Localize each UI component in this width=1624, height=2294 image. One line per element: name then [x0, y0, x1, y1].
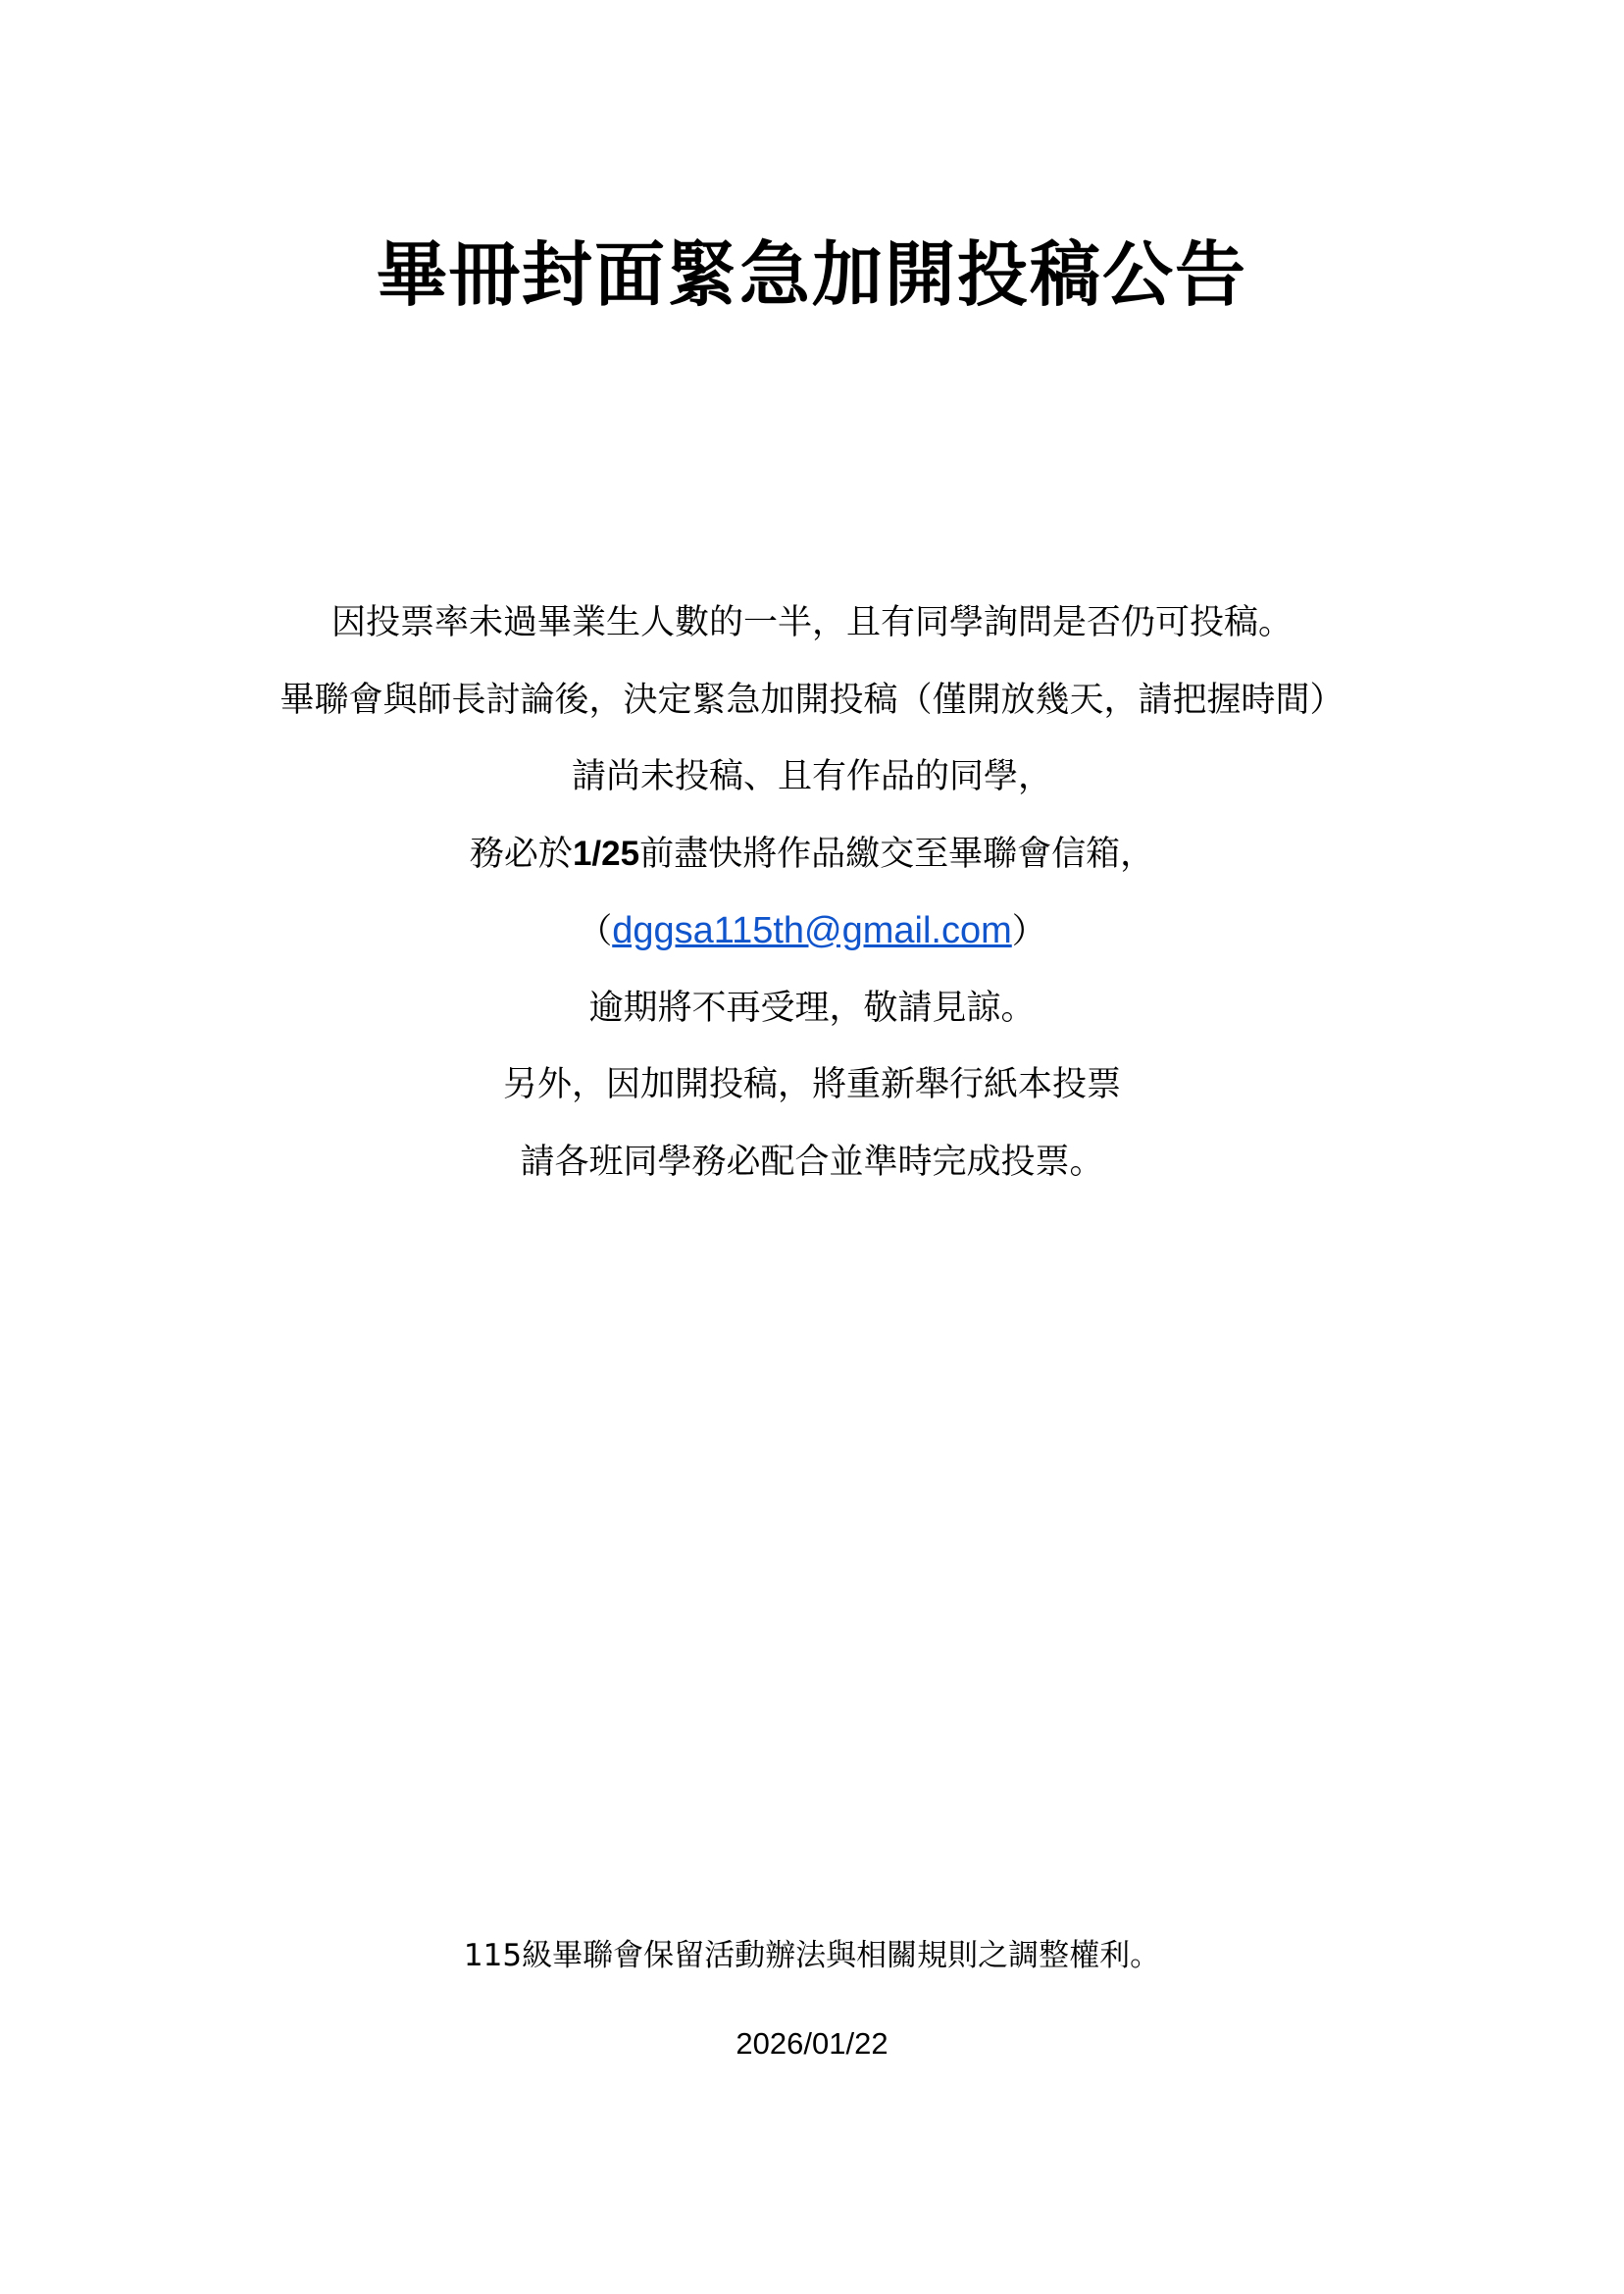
body-line-5-email: （dggsa115th@gmail.com）	[0, 892, 1624, 970]
body-line-6: 逾期將不再受理，敬請見諒。	[0, 970, 1624, 1047]
footer-note: 115級畢聯會保留活動辦法與相關規則之調整權利。	[0, 1936, 1624, 1975]
body-line-3: 請尚未投稿、且有作品的同學，	[0, 739, 1624, 816]
deadline-suffix: 前盡快將作品繳交至畢聯會信箱，	[639, 835, 1154, 874]
body-line-2: 畢聯會與師長討論後，決定緊急加開投稿（僅開放幾天，請把握時間）	[0, 662, 1624, 739]
close-paren: ）	[1012, 912, 1046, 951]
deadline-date: 1/25	[573, 835, 639, 873]
open-paren: （	[578, 912, 612, 951]
announcement-body: 因投票率未過畢業生人數的一半，且有同學詢問是否仍可投稿。 畢聯會與師長討論後，決…	[0, 585, 1624, 1200]
email-link[interactable]: dggsa115th@gmail.com	[612, 910, 1012, 951]
footer-date: 2026/01/22	[0, 2024, 1624, 2064]
deadline-prefix: 務必於	[470, 835, 573, 874]
body-line-7: 另外，因加開投稿，將重新舉行紙本投票	[0, 1046, 1624, 1124]
body-line-8: 請各班同學務必配合並準時完成投票。	[0, 1124, 1624, 1201]
body-line-4-deadline: 務必於1/25前盡快將作品繳交至畢聯會信箱，	[0, 816, 1624, 893]
body-line-1: 因投票率未過畢業生人數的一半，且有同學詢問是否仍可投稿。	[0, 585, 1624, 662]
announcement-title: 畢冊封面緊急加開投稿公告	[0, 230, 1624, 319]
